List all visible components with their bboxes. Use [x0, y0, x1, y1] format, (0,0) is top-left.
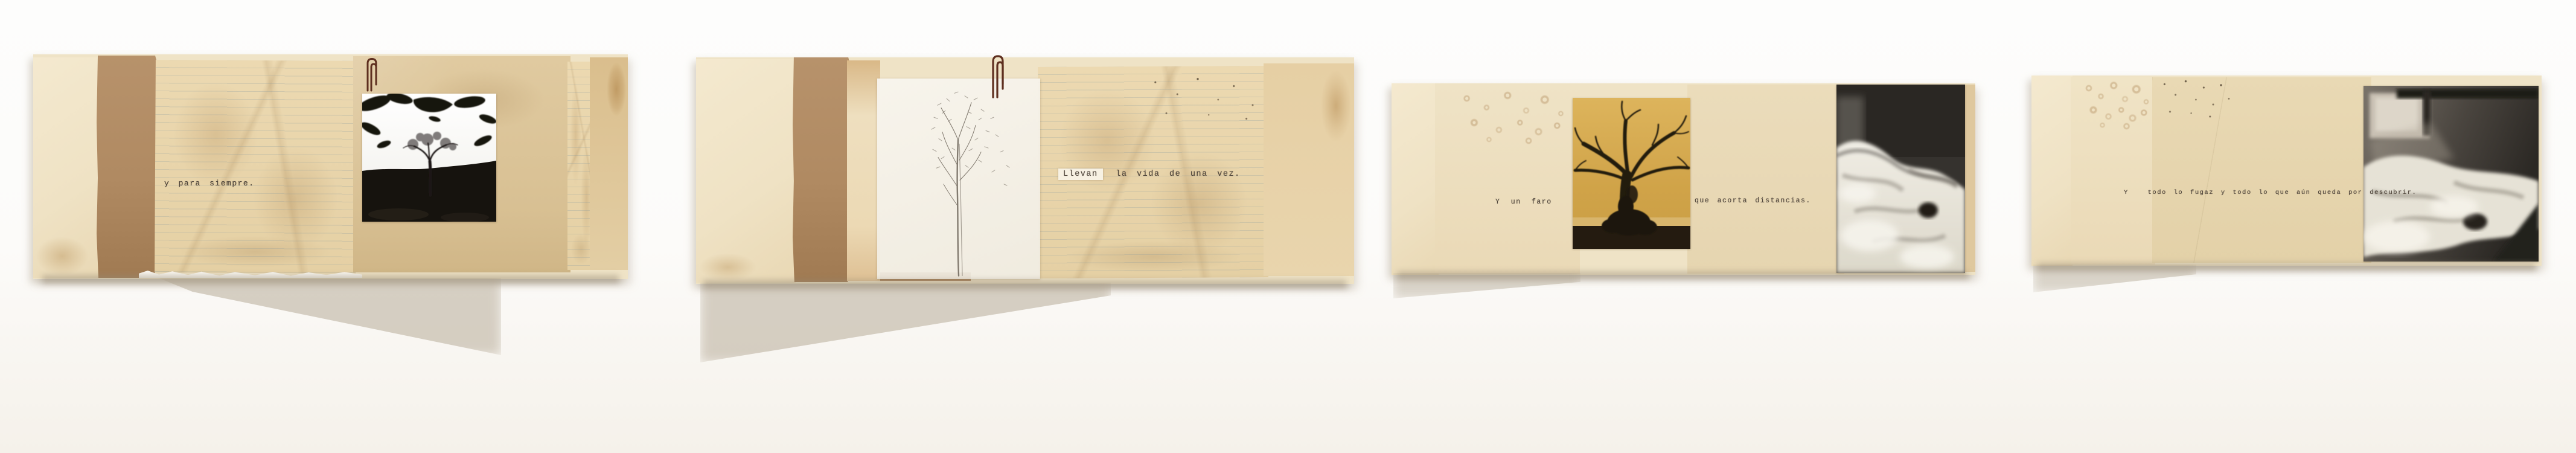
book3-sepia-tree-photo [1573, 98, 1690, 249]
book3-bed-sheets-photo [1836, 85, 1965, 273]
book3-middle-page [1687, 85, 1844, 274]
book4-caption-lead: Y [2124, 189, 2129, 196]
book3-caption-left: Y un faro [1495, 198, 1552, 206]
book-panel-3: Y un faro que acorta distancias. [1392, 83, 1975, 275]
book3-edge-page [1392, 83, 1439, 275]
book-panel-1: y para siempre. [33, 54, 628, 279]
book1-paperclip [365, 57, 379, 92]
book4-caption: Y todo lo fugaz y todo lo que aún queda … [2124, 189, 2417, 196]
book1-stained-right-page [590, 57, 628, 270]
book2-kraft-strip [793, 57, 850, 282]
book1-caption: y para siempre. [164, 179, 255, 188]
book2-caption-lead: Llevan [1058, 169, 1103, 180]
book2-tracing-paper [877, 79, 1040, 279]
book2-cream-sliver [847, 60, 880, 281]
book4-ink-speckles [2158, 75, 2237, 124]
book2-cover-stain [696, 220, 787, 283]
book1-cover-stain [33, 205, 106, 278]
book4-bed-window-photo [2363, 86, 2539, 262]
book4-edge-page [2031, 75, 2073, 266]
book3-droplet-stains [1452, 86, 1576, 147]
book1-lined-page [155, 60, 357, 274]
book2-tree-sketch [877, 79, 1040, 279]
book4-droplet-stains [2080, 77, 2155, 132]
book1-kraft-strip [97, 56, 157, 278]
book4-caption-rest: todo lo fugaz y todo lo que aún queda po… [2148, 189, 2417, 196]
book3-cast-shadow [1393, 273, 1580, 298]
book2-right-edge-page [1264, 63, 1354, 276]
book2-paperclip [990, 54, 1006, 98]
book1-cast-shadow [158, 278, 501, 355]
book1-tree-photo [362, 94, 496, 222]
book4-cast-shadow [2033, 265, 2196, 292]
book2-cast-shadow [700, 283, 1111, 362]
book-panel-2: Llevan la vida de una vez. [696, 57, 1354, 284]
book2-caption: Llevan la vida de una vez. [1058, 170, 1241, 179]
book3-caption-right: que acorta distancias. [1695, 197, 1811, 205]
artwork-photo: y para siempre. [0, 0, 2576, 453]
book2-caption-rest: la vida de una vez. [1116, 170, 1240, 179]
book-panel-4: Y todo lo fugaz y todo lo que aún queda … [2031, 75, 2542, 266]
